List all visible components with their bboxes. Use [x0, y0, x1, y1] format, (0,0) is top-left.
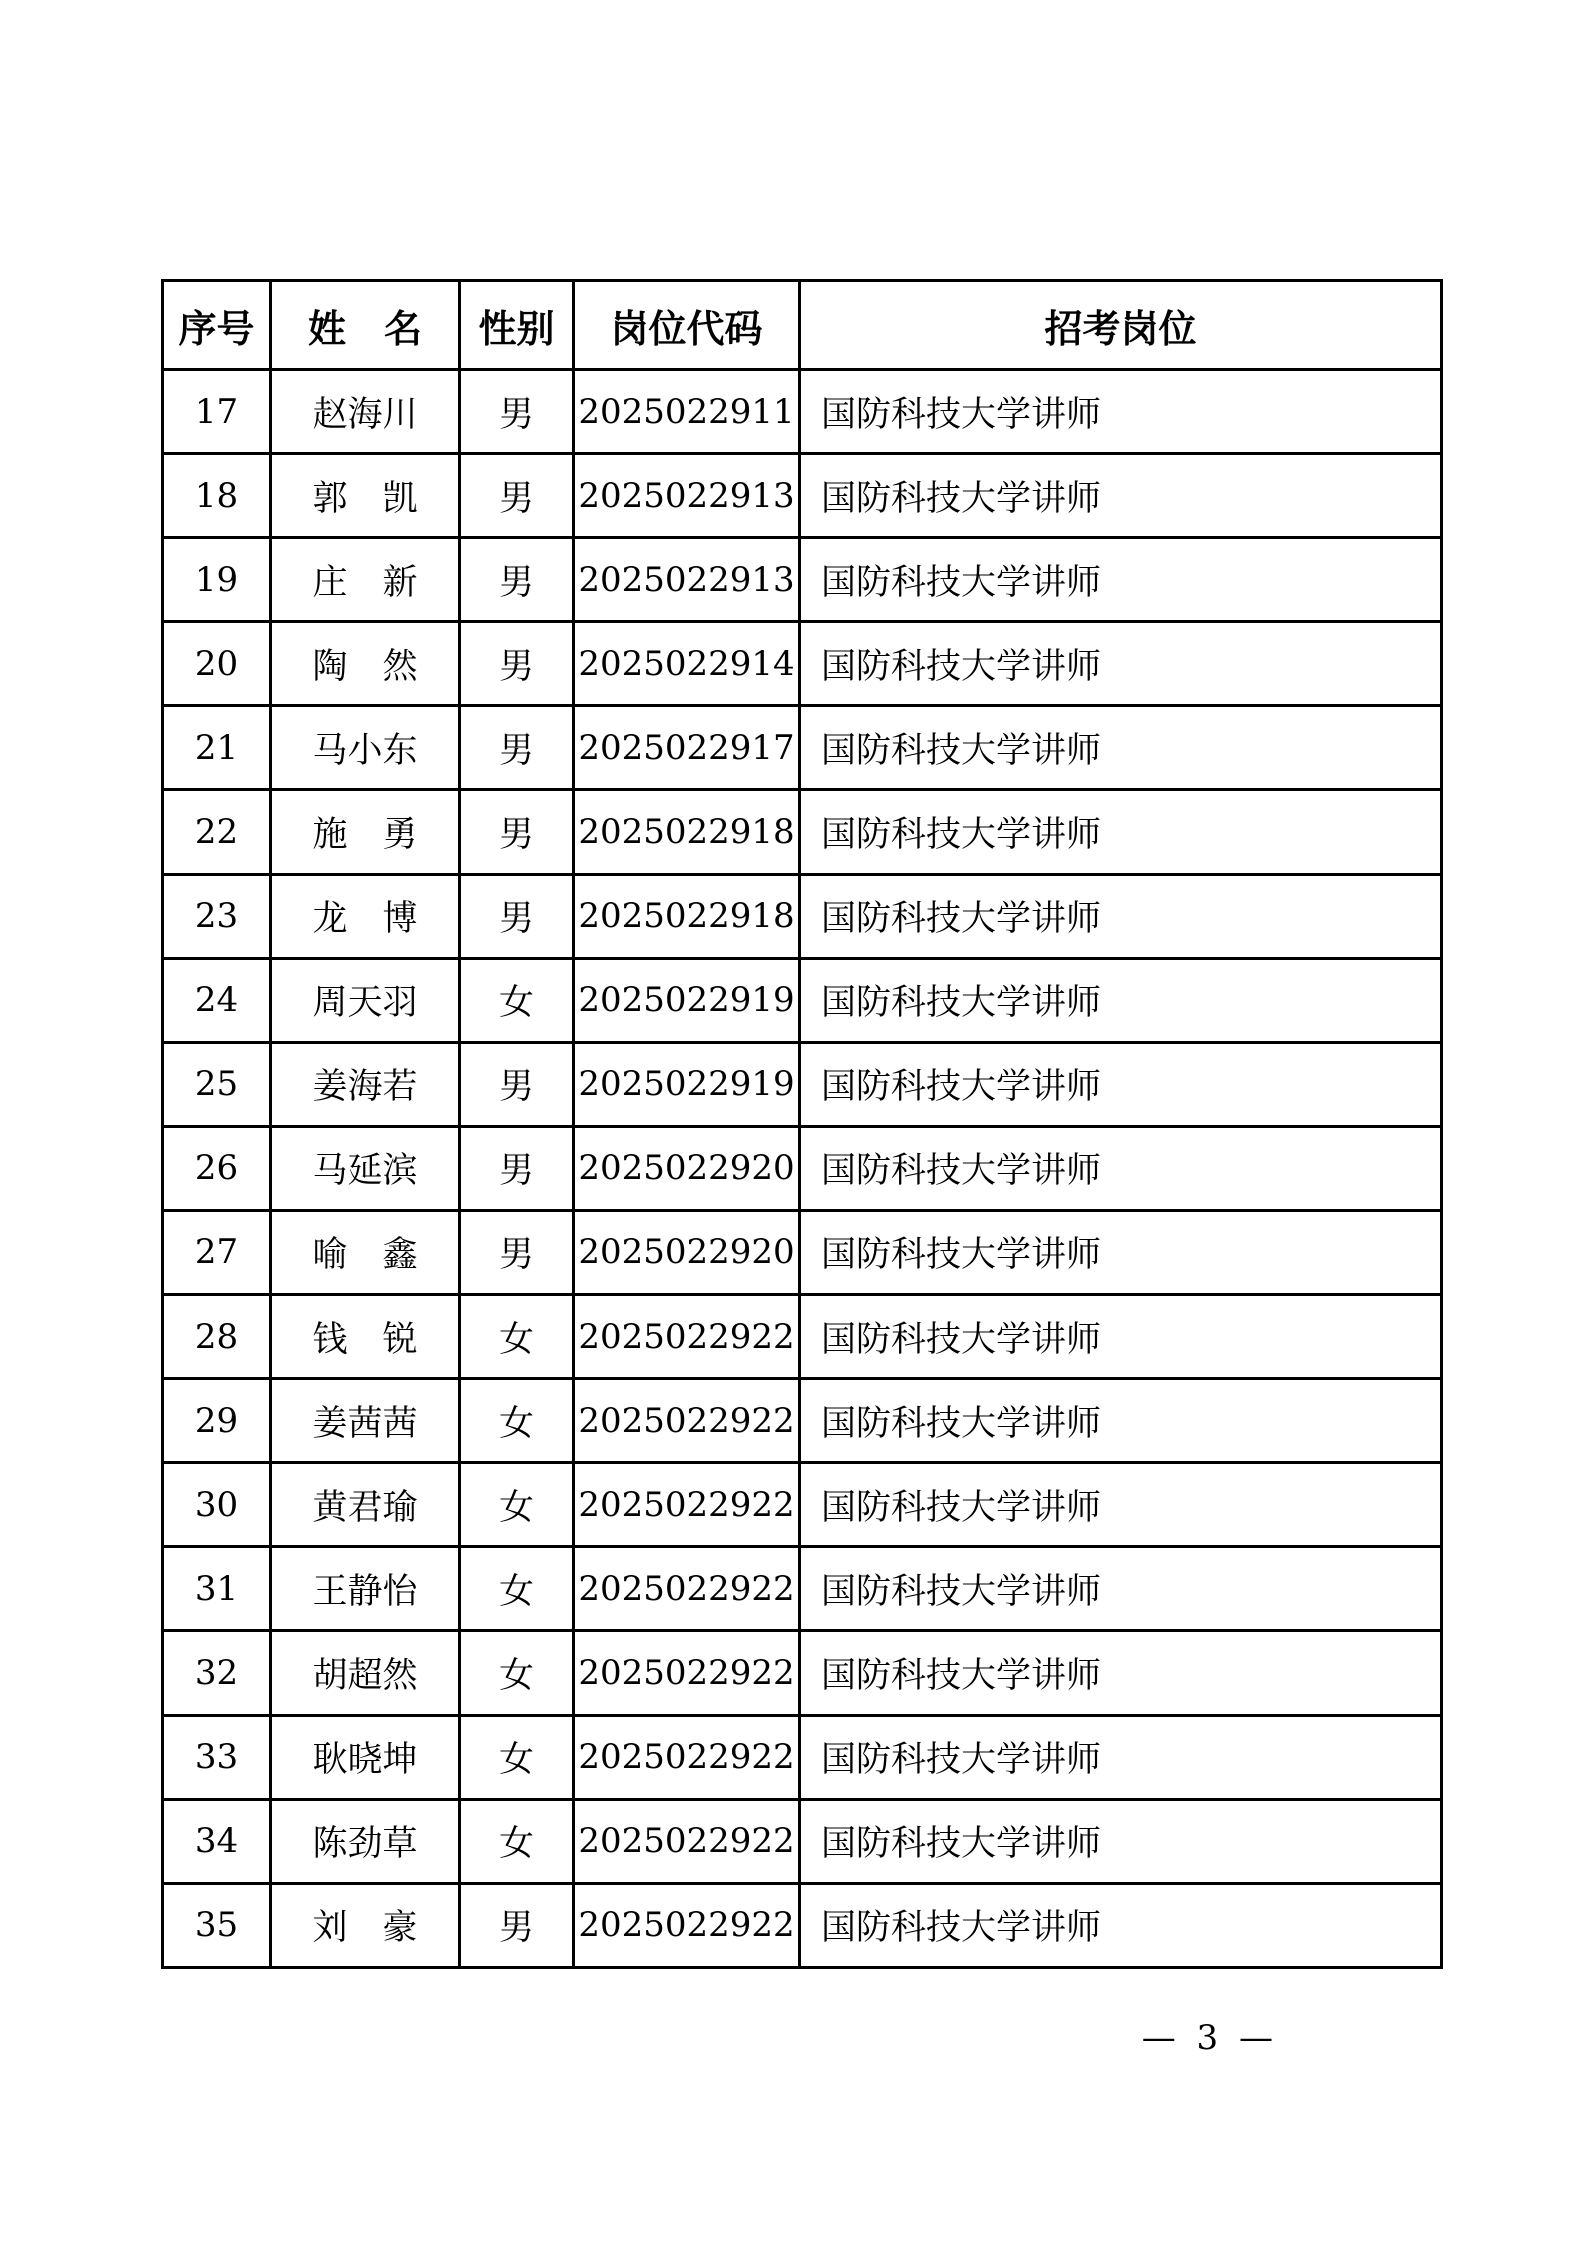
table-header-row: 序号 姓 名 性别 岗位代码 招考岗位: [163, 281, 1442, 370]
code-cell: 2025022922: [574, 1295, 800, 1379]
gender-cell: 男: [460, 1210, 574, 1294]
position-cell: 国防科技大学讲师: [800, 1715, 1442, 1799]
column-header-serial: 序号: [163, 281, 271, 370]
position-cell: 国防科技大学讲师: [800, 1631, 1442, 1715]
column-header-gender: 性别: [460, 281, 574, 370]
name-cell: 龙 博: [271, 874, 460, 958]
serial-cell: 17: [163, 370, 271, 454]
table-row: 17赵海川男2025022911国防科技大学讲师: [163, 370, 1442, 454]
table-row: 33耿晓坤女2025022922国防科技大学讲师: [163, 1715, 1442, 1799]
position-cell: 国防科技大学讲师: [800, 1799, 1442, 1883]
position-cell: 国防科技大学讲师: [800, 1126, 1442, 1210]
table-row: 32胡超然女2025022922国防科技大学讲师: [163, 1631, 1442, 1715]
name-cell: 黄君瑜: [271, 1463, 460, 1547]
table-row: 24周天羽女2025022919国防科技大学讲师: [163, 958, 1442, 1042]
gender-cell: 男: [460, 1883, 574, 1967]
position-cell: 国防科技大学讲师: [800, 1379, 1442, 1463]
position-cell: 国防科技大学讲师: [800, 874, 1442, 958]
name-cell: 马延滨: [271, 1126, 460, 1210]
code-cell: 2025022918: [574, 790, 800, 874]
position-cell: 国防科技大学讲师: [800, 1883, 1442, 1967]
code-cell: 2025022913: [574, 454, 800, 538]
serial-cell: 21: [163, 706, 271, 790]
code-cell: 2025022918: [574, 874, 800, 958]
serial-cell: 34: [163, 1799, 271, 1883]
serial-cell: 26: [163, 1126, 271, 1210]
serial-cell: 18: [163, 454, 271, 538]
name-cell: 郭 凯: [271, 454, 460, 538]
code-cell: 2025022917: [574, 706, 800, 790]
name-cell: 姜茜茜: [271, 1379, 460, 1463]
position-cell: 国防科技大学讲师: [800, 622, 1442, 706]
serial-cell: 29: [163, 1379, 271, 1463]
code-cell: 2025022922: [574, 1547, 800, 1631]
position-cell: 国防科技大学讲师: [800, 370, 1442, 454]
code-cell: 2025022919: [574, 958, 800, 1042]
position-cell: 国防科技大学讲师: [800, 706, 1442, 790]
code-cell: 2025022914: [574, 622, 800, 706]
gender-cell: 男: [460, 454, 574, 538]
table-row: 20陶 然男2025022914国防科技大学讲师: [163, 622, 1442, 706]
table-row: 21马小东男2025022917国防科技大学讲师: [163, 706, 1442, 790]
name-cell: 耿晓坤: [271, 1715, 460, 1799]
position-cell: 国防科技大学讲师: [800, 454, 1442, 538]
table-row: 31王静怡女2025022922国防科技大学讲师: [163, 1547, 1442, 1631]
gender-cell: 女: [460, 1799, 574, 1883]
gender-cell: 男: [460, 538, 574, 622]
serial-cell: 22: [163, 790, 271, 874]
gender-cell: 女: [460, 1631, 574, 1715]
gender-cell: 男: [460, 1042, 574, 1126]
serial-cell: 20: [163, 622, 271, 706]
code-cell: 2025022920: [574, 1210, 800, 1294]
serial-cell: 28: [163, 1295, 271, 1379]
serial-cell: 23: [163, 874, 271, 958]
document-page: 序号 姓 名 性别 岗位代码 招考岗位 17赵海川男2025022911国防科技…: [0, 0, 1587, 2245]
table-row: 27喻 鑫男2025022920国防科技大学讲师: [163, 1210, 1442, 1294]
name-cell: 陈劲草: [271, 1799, 460, 1883]
table-row: 35刘 豪男2025022922国防科技大学讲师: [163, 1883, 1442, 1967]
name-cell: 庄 新: [271, 538, 460, 622]
table-row: 18郭 凯男2025022913国防科技大学讲师: [163, 454, 1442, 538]
column-header-position: 招考岗位: [800, 281, 1442, 370]
code-cell: 2025022922: [574, 1463, 800, 1547]
gender-cell: 男: [460, 874, 574, 958]
gender-cell: 女: [460, 1379, 574, 1463]
serial-cell: 24: [163, 958, 271, 1042]
gender-cell: 女: [460, 958, 574, 1042]
position-cell: 国防科技大学讲师: [800, 790, 1442, 874]
name-cell: 姜海若: [271, 1042, 460, 1126]
code-cell: 2025022922: [574, 1715, 800, 1799]
serial-cell: 31: [163, 1547, 271, 1631]
serial-cell: 27: [163, 1210, 271, 1294]
code-cell: 2025022922: [574, 1379, 800, 1463]
position-cell: 国防科技大学讲师: [800, 1547, 1442, 1631]
table-row: 23龙 博男2025022918国防科技大学讲师: [163, 874, 1442, 958]
serial-cell: 19: [163, 538, 271, 622]
position-cell: 国防科技大学讲师: [800, 1210, 1442, 1294]
name-cell: 周天羽: [271, 958, 460, 1042]
name-cell: 钱 锐: [271, 1295, 460, 1379]
code-cell: 2025022911: [574, 370, 800, 454]
code-cell: 2025022922: [574, 1631, 800, 1715]
code-cell: 2025022919: [574, 1042, 800, 1126]
name-cell: 刘 豪: [271, 1883, 460, 1967]
serial-cell: 33: [163, 1715, 271, 1799]
table-row: 25姜海若男2025022919国防科技大学讲师: [163, 1042, 1442, 1126]
gender-cell: 女: [460, 1547, 574, 1631]
column-header-name: 姓 名: [271, 281, 460, 370]
code-cell: 2025022922: [574, 1799, 800, 1883]
table-row: 28钱 锐女2025022922国防科技大学讲师: [163, 1295, 1442, 1379]
name-cell: 马小东: [271, 706, 460, 790]
gender-cell: 女: [460, 1463, 574, 1547]
page-number: — 3 —: [1142, 2018, 1273, 2058]
serial-cell: 35: [163, 1883, 271, 1967]
position-cell: 国防科技大学讲师: [800, 958, 1442, 1042]
name-cell: 赵海川: [271, 370, 460, 454]
gender-cell: 男: [460, 1126, 574, 1210]
code-cell: 2025022922: [574, 1883, 800, 1967]
position-cell: 国防科技大学讲师: [800, 538, 1442, 622]
name-cell: 胡超然: [271, 1631, 460, 1715]
position-cell: 国防科技大学讲师: [800, 1463, 1442, 1547]
serial-cell: 30: [163, 1463, 271, 1547]
gender-cell: 男: [460, 790, 574, 874]
column-header-code: 岗位代码: [574, 281, 800, 370]
serial-cell: 32: [163, 1631, 271, 1715]
name-cell: 王静怡: [271, 1547, 460, 1631]
table-row: 22施 勇男2025022918国防科技大学讲师: [163, 790, 1442, 874]
gender-cell: 女: [460, 1715, 574, 1799]
table-row: 30黄君瑜女2025022922国防科技大学讲师: [163, 1463, 1442, 1547]
name-cell: 陶 然: [271, 622, 460, 706]
name-cell: 喻 鑫: [271, 1210, 460, 1294]
gender-cell: 男: [460, 622, 574, 706]
table-row: 29姜茜茜女2025022922国防科技大学讲师: [163, 1379, 1442, 1463]
gender-cell: 男: [460, 706, 574, 790]
gender-cell: 男: [460, 370, 574, 454]
table-row: 26马延滨男2025022920国防科技大学讲师: [163, 1126, 1442, 1210]
table-row: 19庄 新男2025022913国防科技大学讲师: [163, 538, 1442, 622]
recruitment-roster-table: 序号 姓 名 性别 岗位代码 招考岗位 17赵海川男2025022911国防科技…: [161, 279, 1443, 1969]
gender-cell: 女: [460, 1295, 574, 1379]
serial-cell: 25: [163, 1042, 271, 1126]
table-row: 34陈劲草女2025022922国防科技大学讲师: [163, 1799, 1442, 1883]
position-cell: 国防科技大学讲师: [800, 1295, 1442, 1379]
table-body: 17赵海川男2025022911国防科技大学讲师18郭 凯男2025022913…: [163, 370, 1442, 1968]
code-cell: 2025022913: [574, 538, 800, 622]
code-cell: 2025022920: [574, 1126, 800, 1210]
name-cell: 施 勇: [271, 790, 460, 874]
position-cell: 国防科技大学讲师: [800, 1042, 1442, 1126]
